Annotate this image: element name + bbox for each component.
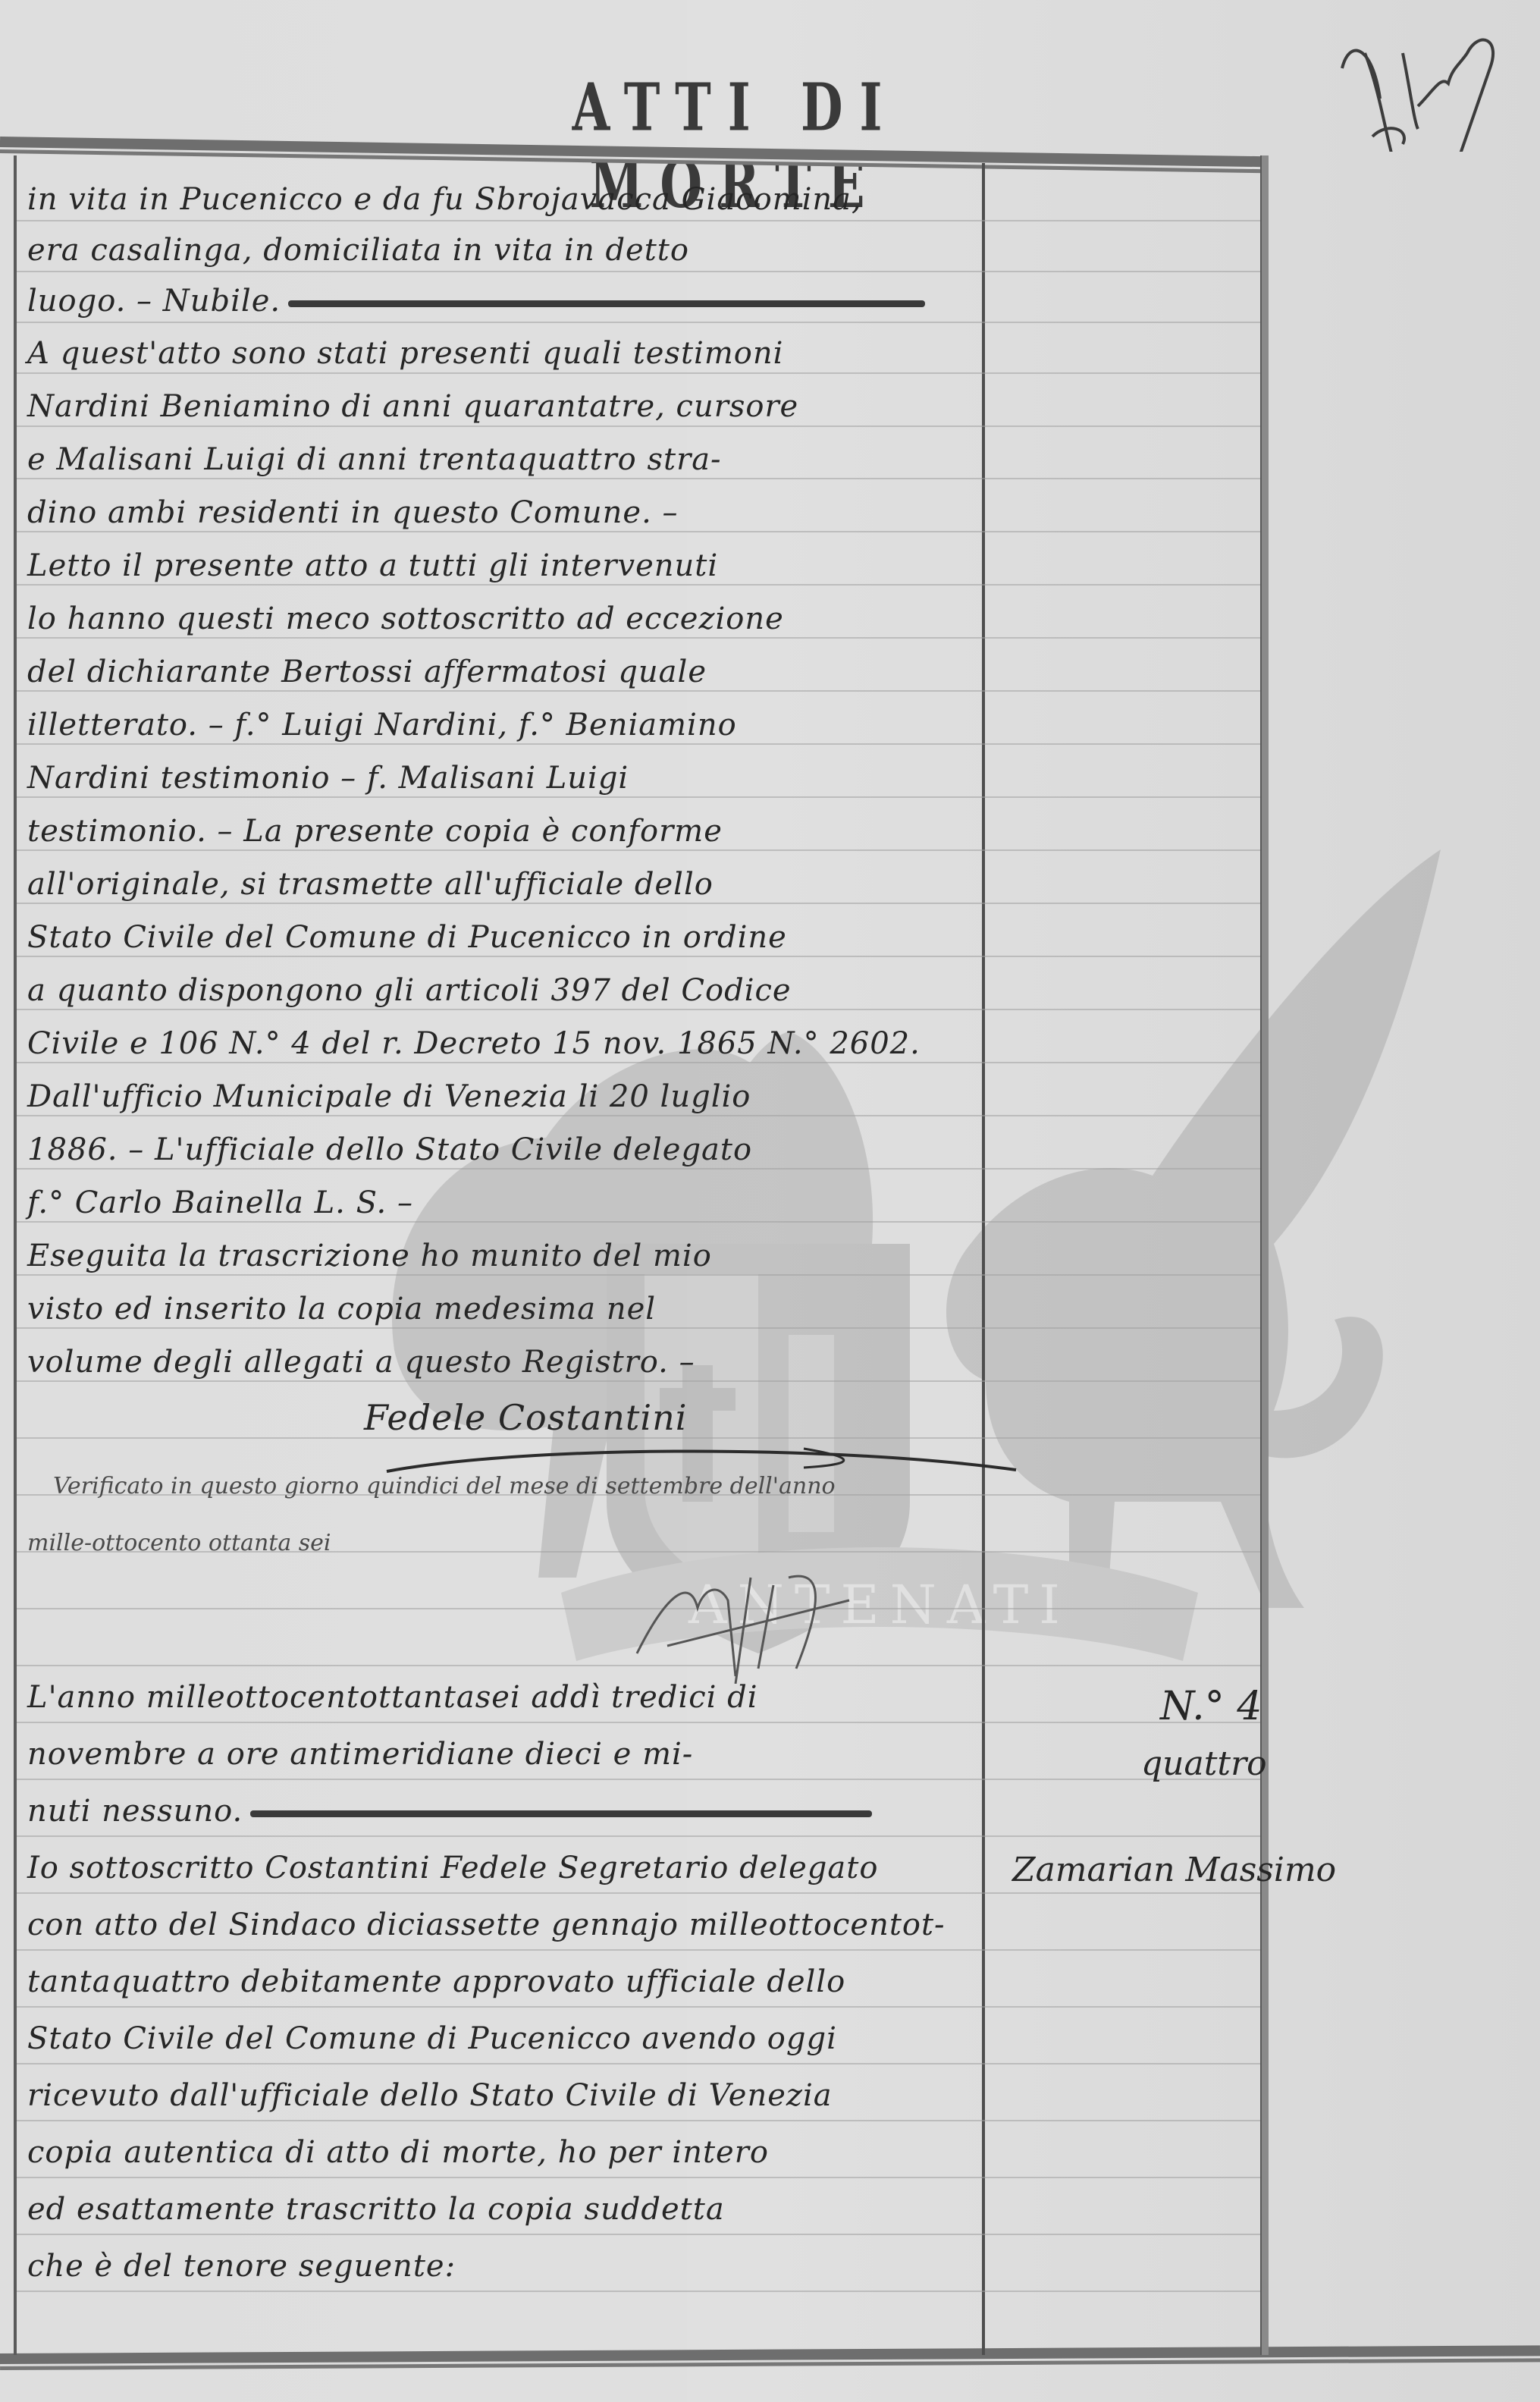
text-line: dino ambi residenti in questo Comune. –	[27, 498, 975, 528]
ruled-line	[17, 2063, 1260, 2064]
text-line: testimonio. – La presente copia è confor…	[27, 816, 975, 846]
left-border	[14, 155, 17, 2355]
text-line: con atto del Sindaco diciassette gennajo…	[27, 1910, 975, 1940]
text-line: a quanto dispongono gli articoli 397 del…	[27, 975, 975, 1006]
ruled-line	[17, 690, 1260, 692]
text-line: L'anno milleottocentottantasei addì tred…	[27, 1682, 975, 1713]
text-line: nuti nessuno.	[27, 1796, 975, 1826]
line-fill-bar	[250, 1810, 872, 1817]
text-line: all'originale, si trasmette all'ufficial…	[27, 869, 975, 900]
ruled-line	[17, 425, 1260, 427]
text-line-content: luogo. – Nubile.	[27, 284, 281, 319]
text-line: volume degli allegati a questo Registro.…	[27, 1347, 975, 1377]
ruled-line	[17, 322, 1260, 323]
ruled-line	[17, 1009, 1260, 1010]
text-line: copia autentica di atto di morte, ho per…	[27, 2137, 975, 2168]
ruled-line	[17, 1380, 1260, 1382]
ruled-line	[17, 584, 1260, 586]
corner-signature-icon	[1319, 23, 1501, 152]
ruled-line	[17, 1221, 1260, 1223]
ruled-line	[17, 637, 1260, 639]
ruled-line	[17, 1779, 1260, 1780]
text-line: ricevuto dall'ufficiale dello Stato Civi…	[27, 2080, 975, 2111]
text-line: Io sottoscritto Costantini Fedele Segret…	[27, 1853, 975, 1883]
ruled-line	[17, 849, 1260, 851]
ruled-line	[17, 1835, 1260, 1837]
text-line-content: nuti nessuno.	[27, 1794, 243, 1829]
ruled-line	[17, 2291, 1260, 2292]
text-line: Stato Civile del Comune di Pucenicco in …	[27, 922, 975, 953]
pencil-initials-icon	[622, 1562, 864, 1684]
ruled-line	[17, 1722, 1260, 1723]
ruled-line	[17, 2177, 1260, 2178]
registrar-signature: Fedele Costantini	[364, 1400, 895, 1435]
text-line: che è del tenore seguente:	[27, 2251, 975, 2281]
act-number-words: quattro	[1141, 1744, 1267, 1783]
text-line: in vita in Pucenicco e da fu Sbrojavacca…	[27, 184, 975, 215]
ruled-line	[17, 1274, 1260, 1276]
text-line: illetterato. – f.° Luigi Nardini, f.° Be…	[27, 710, 975, 740]
ruled-line	[17, 1949, 1260, 1951]
text-line: ed esattamente trascritto la copia sudde…	[27, 2194, 975, 2225]
ruled-line	[17, 796, 1260, 798]
text-line: f.° Carlo Bainella L. S. –	[27, 1188, 975, 1218]
ruled-line	[17, 956, 1260, 957]
text-line: novembre a ore antimeridiane dieci e mi-	[27, 1739, 975, 1769]
ruled-line	[17, 271, 1260, 272]
text-line: Eseguita la trascrizione ho munito del m…	[27, 1241, 975, 1271]
ruled-line	[17, 1062, 1260, 1063]
ruled-line	[17, 1892, 1260, 1894]
ruled-line	[17, 2234, 1260, 2235]
column-divider	[982, 163, 985, 2355]
verification-note-line: Verificato in questo giorno quindici del…	[53, 1475, 1001, 1498]
ruled-line	[17, 1168, 1260, 1170]
ruled-line	[17, 2120, 1260, 2121]
ruled-line	[17, 1327, 1260, 1329]
ruled-line	[17, 2006, 1260, 2008]
text-line: 1886. – L'ufficiale dello Stato Civile d…	[27, 1135, 975, 1165]
ruled-line	[17, 220, 1260, 221]
text-line: Civile e 106 N.° 4 del r. Decreto 15 nov…	[27, 1028, 975, 1059]
deceased-name: Zamarian Massimo	[1012, 1851, 1336, 1889]
act-number: N.° 4	[1160, 1684, 1262, 1729]
text-line: era casalinga, domiciliata in vita in de…	[27, 235, 975, 265]
text-line: luogo. – Nubile.	[27, 286, 975, 316]
ruled-line	[17, 1115, 1260, 1116]
text-line: Nardini testimonio – f. Malisani Luigi	[27, 763, 975, 793]
text-line: del dichiarante Bertossi affermatosi qua…	[27, 657, 975, 687]
text-line: Stato Civile del Comune di Pucenicco ave…	[27, 2024, 975, 2054]
ruled-line	[17, 531, 1260, 532]
text-line: Dall'ufficio Municipale di Venezia li 20…	[27, 1082, 975, 1112]
text-line: e Malisani Luigi di anni trentaquattro s…	[27, 444, 975, 475]
text-line: lo hanno questi meco sottoscritto ad ecc…	[27, 604, 975, 634]
right-border	[1260, 155, 1269, 2355]
verification-note-line: mille-ottocento ottanta sei	[27, 1532, 975, 1555]
ruled-line	[17, 372, 1260, 374]
text-line: Letto il presente atto a tutti gli inter…	[27, 551, 975, 581]
line-fill-bar	[288, 300, 925, 307]
text-line: visto ed inserito la copia medesima nel	[27, 1294, 975, 1324]
text-line: A quest'atto sono stati presenti quali t…	[27, 338, 975, 369]
text-line: tantaquattro debitamente approvato uffic…	[27, 1967, 975, 1997]
ruled-line	[17, 743, 1260, 745]
text-line: Nardini Beniamino di anni quarantatre, c…	[27, 391, 975, 422]
bottom-double-rule	[0, 2345, 1540, 2366]
register-page: ANTENATI ATTI DI MORTE in vita in Puc	[0, 0, 1540, 2402]
ruled-line	[17, 478, 1260, 479]
ruled-line	[17, 903, 1260, 904]
